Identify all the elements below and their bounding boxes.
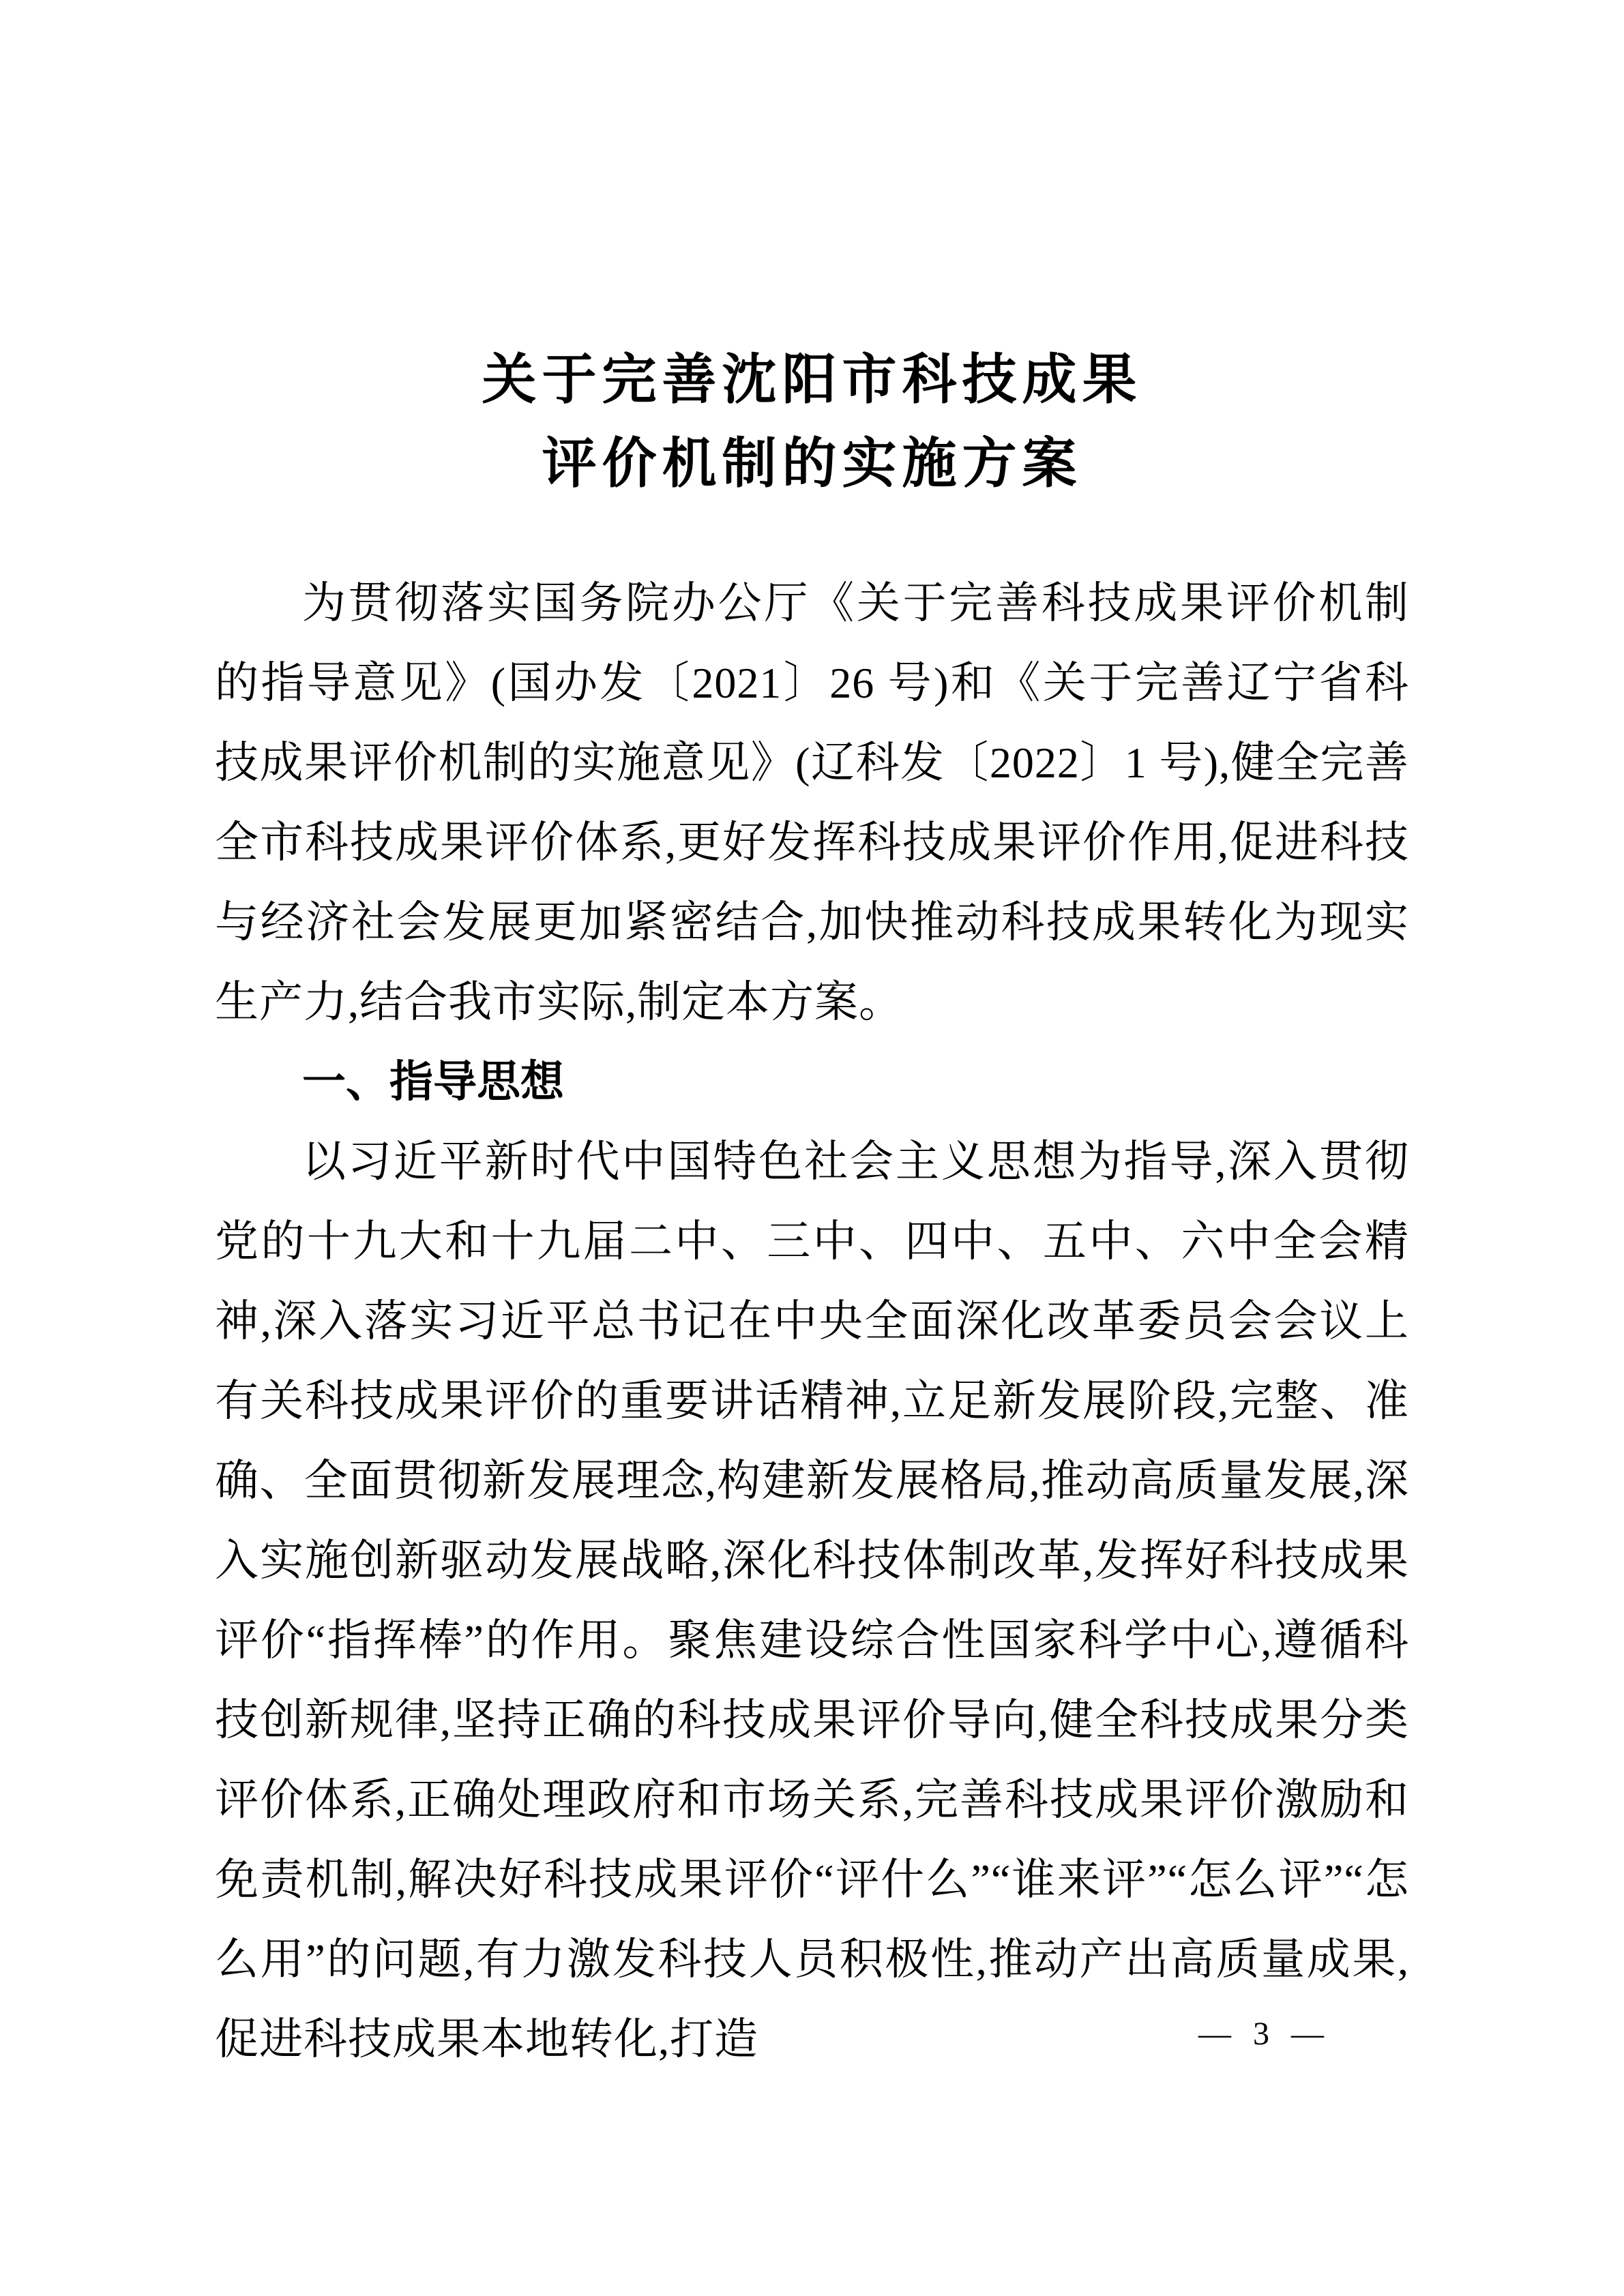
document-title: 关于完善沈阳市科技成果 评价机制的实施方案	[215, 339, 1409, 507]
paragraph-intro: 为贯彻落实国务院办公厅《关于完善科技成果评价机制的指导意见》(国办发〔2021〕…	[215, 563, 1409, 1042]
section-heading-guiding-ideology: 一、指导思想	[215, 1042, 1409, 1122]
document-title-line-1: 关于完善沈阳市科技成果	[215, 339, 1409, 423]
document-title-line-2: 评价机制的实施方案	[215, 423, 1409, 507]
document-body: 为贯彻落实国务院办公厅《关于完善科技成果评价机制的指导意见》(国办发〔2021〕…	[215, 563, 1409, 2079]
document-page: 关于完善沈阳市科技成果 评价机制的实施方案 为贯彻落实国务院办公厅《关于完善科技…	[0, 0, 1624, 2296]
page-number: — 3 —	[1198, 2015, 1331, 2053]
paragraph-guiding-ideology: 以习近平新时代中国特色社会主义思想为指导,深入贯彻党的十九大和十九届二中、三中、…	[215, 1122, 1409, 2079]
